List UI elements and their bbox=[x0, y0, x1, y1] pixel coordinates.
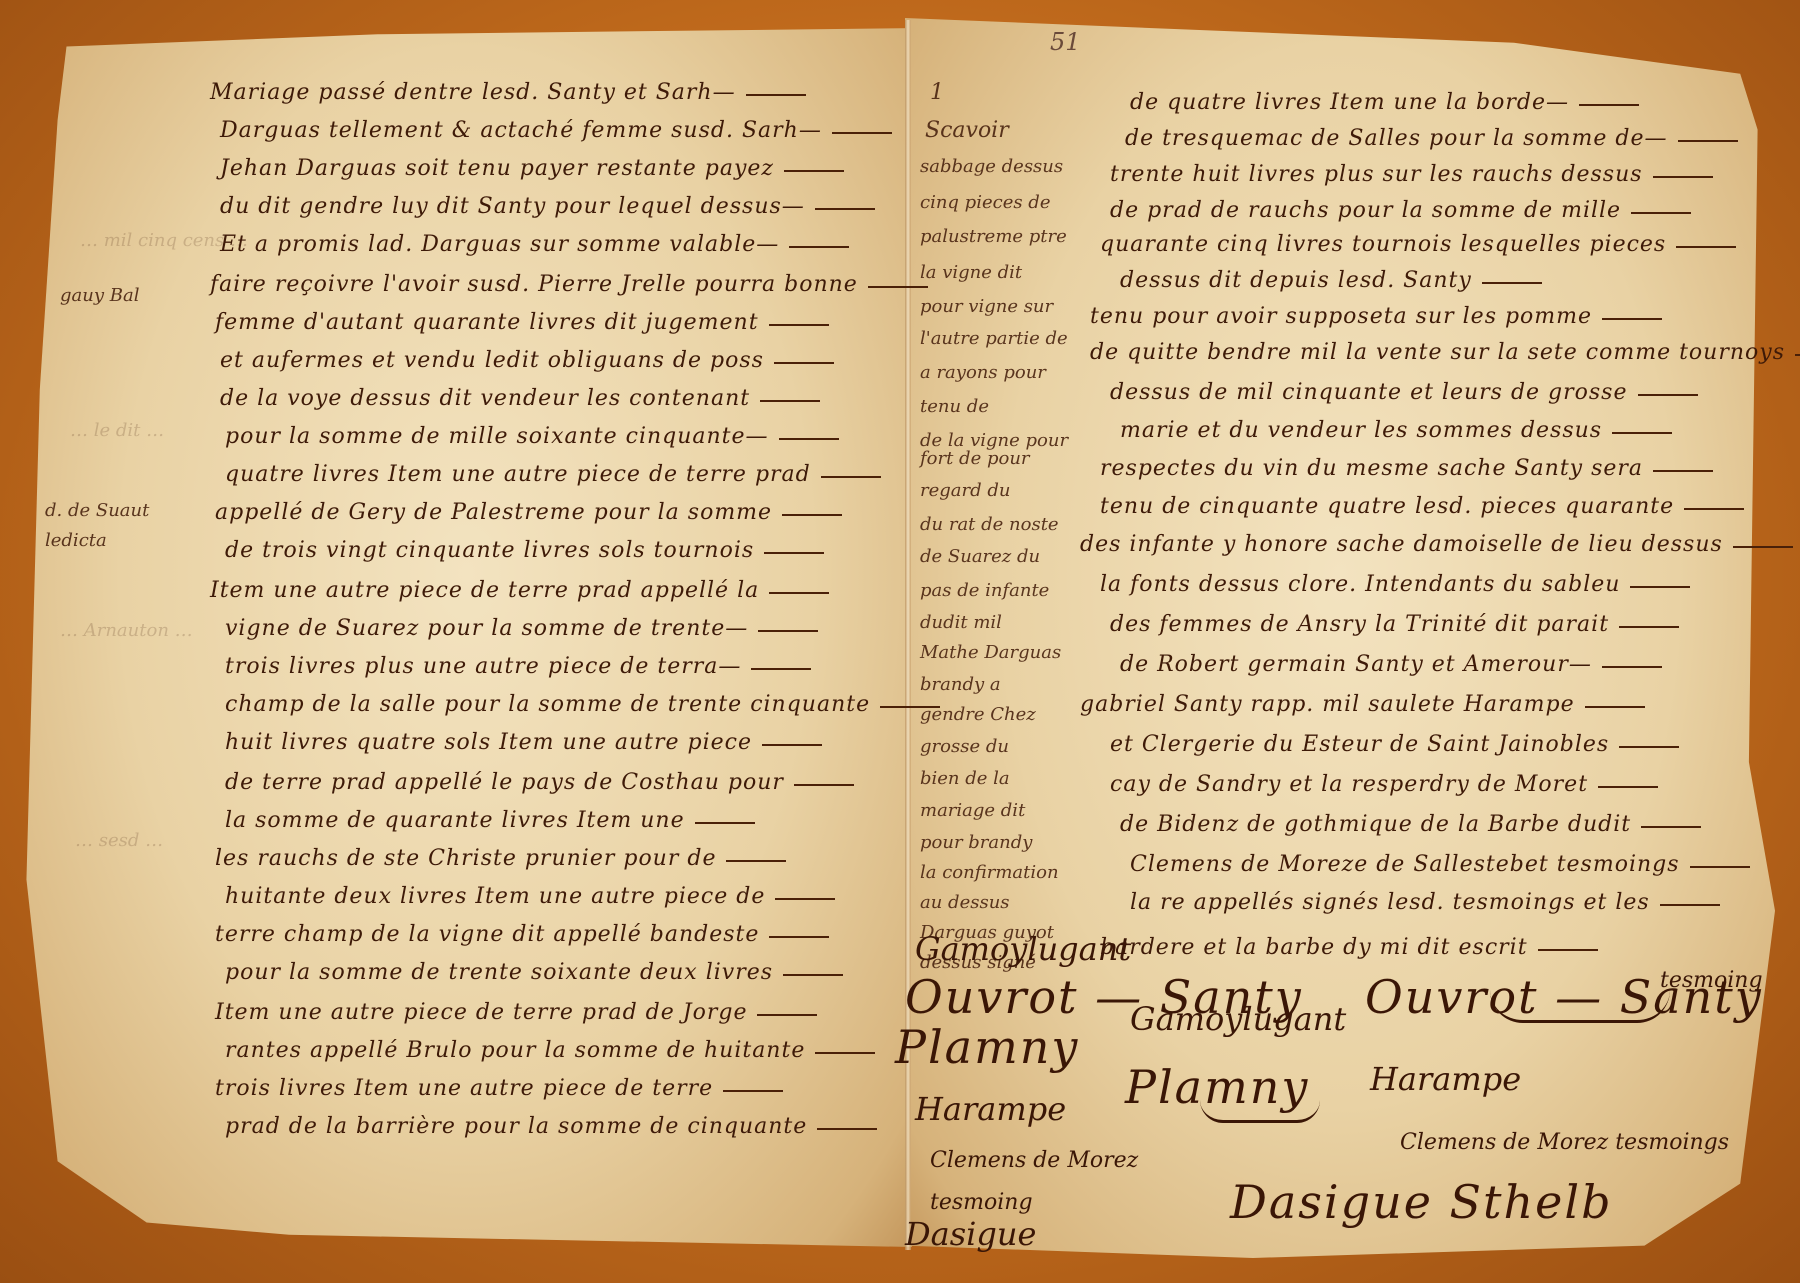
signature: Clemens de Morez bbox=[930, 1148, 1138, 1173]
manuscript-line: Et a promis lad. Darguas sur somme valab… bbox=[220, 232, 779, 257]
manuscript-line: tenu pour avoir supposeta sur les pomme bbox=[1090, 304, 1592, 329]
manuscript-line: quarante cinq livres tournois lesquelles… bbox=[1100, 232, 1666, 257]
margin-note: brandy a bbox=[920, 674, 1001, 695]
bleedthrough-text: … le dit … bbox=[70, 420, 164, 441]
signature: Harampe bbox=[1370, 1060, 1521, 1098]
margin-note: la confirmation bbox=[920, 862, 1059, 883]
manuscript-line: de trois vingt cinquante livres sols tou… bbox=[225, 538, 754, 563]
manuscript-line: de quatre livres Item une la borde— bbox=[1130, 90, 1569, 115]
margin-note: sabbage dessus bbox=[920, 156, 1063, 177]
manuscript-line: quatre livres Item une autre piece de te… bbox=[225, 462, 811, 487]
manuscript-line: la fonts dessus clore. Intendants du sab… bbox=[1100, 572, 1620, 597]
signature: tesmoing bbox=[1660, 968, 1763, 993]
manuscript-line: Item une autre piece de terre prad appel… bbox=[210, 578, 759, 603]
signature: Clemens de Morez tesmoings bbox=[1400, 1130, 1729, 1155]
manuscript-line: huitante deux livres Item une autre piec… bbox=[225, 884, 765, 909]
margin-note: mariage dit bbox=[920, 800, 1025, 821]
manuscript-line: prad de la barrière pour la somme de cin… bbox=[225, 1114, 807, 1139]
manuscript-line: femme d'autant quarante livres dit jugem… bbox=[215, 310, 759, 335]
signature: Harampe bbox=[915, 1090, 1066, 1128]
manuscript-line: appellé de Gery de Palestreme pour la so… bbox=[215, 500, 772, 525]
margin-note: pas de infante bbox=[920, 580, 1049, 601]
manuscript-line: pour la somme de trente soixante deux li… bbox=[225, 960, 773, 985]
signature: Plamny bbox=[895, 1020, 1079, 1074]
margin-note: bien de la bbox=[920, 768, 1010, 789]
manuscript-line: Clemens de Moreze de Sallestebet tesmoin… bbox=[1130, 852, 1680, 877]
manuscript-line: Jehan Darguas soit tenu payer restante p… bbox=[220, 156, 774, 181]
manuscript-line: Mariage passé dentre lesd. Santy et Sarh… bbox=[210, 80, 736, 105]
manuscript-line: vigne de Suarez pour la somme de trente— bbox=[225, 616, 748, 641]
margin-note: palustreme ptre bbox=[920, 226, 1067, 247]
bleedthrough-text: … sesd … bbox=[75, 830, 163, 851]
margin-note: d. de Suaut bbox=[45, 500, 149, 521]
margin-note: fort de pour bbox=[920, 448, 1030, 469]
manuscript-line: de Bidenz de gothmique de la Barbe dudit bbox=[1120, 812, 1631, 837]
manuscript-line: de Robert germain Santy et Amerour— bbox=[1120, 652, 1592, 677]
manuscript-line: trois livres Item une autre piece de ter… bbox=[215, 1076, 713, 1101]
signature: Dasigue Sthelb bbox=[1230, 1175, 1613, 1229]
margin-note: au dessus bbox=[920, 892, 1010, 913]
manuscript-line: dessus de mil cinquante et leurs de gros… bbox=[1110, 380, 1628, 405]
manuscript-line: trente huit livres plus sur les rauchs d… bbox=[1110, 162, 1643, 187]
manuscript-line: huit livres quatre sols Item une autre p… bbox=[225, 730, 752, 755]
manuscript-line: Darguas tellement & actaché femme susd. … bbox=[220, 118, 822, 143]
manuscript-line: cay de Sandry et la resperdry de Moret bbox=[1110, 772, 1588, 797]
manuscript-line: gabriel Santy rapp. mil saulete Harampe bbox=[1080, 692, 1575, 717]
margin-note: dudit mil bbox=[920, 612, 1002, 633]
manuscript-line: marie et du vendeur les sommes dessus bbox=[1120, 418, 1602, 443]
manuscript-line: et Clergerie du Esteur de Saint Jainoble… bbox=[1110, 732, 1609, 757]
manuscript-line: et aufermes et vendu ledit obliguans de … bbox=[220, 348, 764, 373]
margin-note: ledicta bbox=[45, 530, 107, 551]
signature: Gamoylugant bbox=[915, 930, 1131, 968]
manuscript-line: de terre prad appellé le pays de Costhau… bbox=[225, 770, 784, 795]
signature: Gamoylugant bbox=[1130, 1000, 1346, 1038]
margin-note: pour vigne sur bbox=[920, 296, 1053, 317]
signature: tesmoing bbox=[930, 1190, 1033, 1215]
margin-note: grosse du bbox=[920, 736, 1009, 757]
manuscript-line: pour la somme de mille soixante cinquant… bbox=[225, 424, 769, 449]
signature-flourish bbox=[1490, 990, 1670, 1023]
manuscript-line: du dit gendre luy dit Santy pour lequel … bbox=[220, 194, 805, 219]
margin-note: du rat de noste bbox=[920, 514, 1059, 535]
signature-flourish bbox=[1200, 1100, 1320, 1123]
manuscript-line: de prad de rauchs pour la somme de mille bbox=[1110, 198, 1621, 223]
manuscript-line: les rauchs de ste Christe prunier pour d… bbox=[215, 846, 716, 871]
manuscript-line: la re appellés signés lesd. tesmoings et… bbox=[1130, 890, 1650, 915]
margin-note: gendre Chez bbox=[920, 704, 1036, 725]
manuscript-line: Item une autre piece de terre prad de Jo… bbox=[215, 1000, 747, 1025]
manuscript-line: trois livres plus une autre piece de ter… bbox=[225, 654, 741, 679]
margin-note: cinq pieces de bbox=[920, 192, 1050, 213]
bleedthrough-text: … Arnauton … bbox=[60, 620, 193, 641]
margin-note: de Suarez du bbox=[920, 546, 1040, 567]
margin-note: l'autre partie de bbox=[920, 328, 1068, 349]
manuscript-line: de la voye dessus dit vendeur les conten… bbox=[220, 386, 750, 411]
manuscript-line: champ de la salle pour la somme de trent… bbox=[225, 692, 870, 717]
margin-note: Mathe Darguas bbox=[920, 642, 1061, 663]
manuscript-line: faire reçoivre l'avoir susd. Pierre Jrel… bbox=[210, 272, 858, 297]
folio-number: 51 bbox=[1050, 28, 1081, 56]
margin-note: pour brandy bbox=[920, 832, 1032, 853]
margin-note: a rayons pour bbox=[920, 362, 1046, 383]
manuscript-line: bardere et la barbe dy mi dit escrit bbox=[1100, 935, 1528, 960]
margin-note: gauy Bal bbox=[60, 285, 139, 306]
signature: Dasigue bbox=[905, 1215, 1036, 1253]
manuscript-line: respectes du vin du mesme sache Santy se… bbox=[1100, 456, 1643, 481]
manuscript-line: terre champ de la vigne dit appellé band… bbox=[215, 922, 759, 947]
manuscript-line: de quitte bendre mil la vente sur la set… bbox=[1090, 340, 1785, 365]
margin-note: la vigne dit bbox=[920, 262, 1022, 283]
margin-note: Scavoir bbox=[925, 118, 1009, 143]
manuscript-line: dessus dit depuis lesd. Santy bbox=[1120, 268, 1472, 293]
manuscript-line: des infante y honore sache damoiselle de… bbox=[1080, 532, 1723, 557]
manuscript-line: la somme de quarante livres Item une bbox=[225, 808, 685, 833]
margin-note: regard du bbox=[920, 480, 1010, 501]
manuscript-line: rantes appellé Brulo pour la somme de hu… bbox=[225, 1038, 805, 1063]
manuscript-line: tenu de cinquante quatre lesd. pieces qu… bbox=[1100, 494, 1674, 519]
margin-note: 1 bbox=[930, 80, 944, 105]
margin-note: tenu de bbox=[920, 396, 989, 417]
manuscript-line: de tresquemac de Salles pour la somme de… bbox=[1125, 126, 1668, 151]
manuscript-line: des femmes de Ansry la Trinité dit parai… bbox=[1110, 612, 1609, 637]
